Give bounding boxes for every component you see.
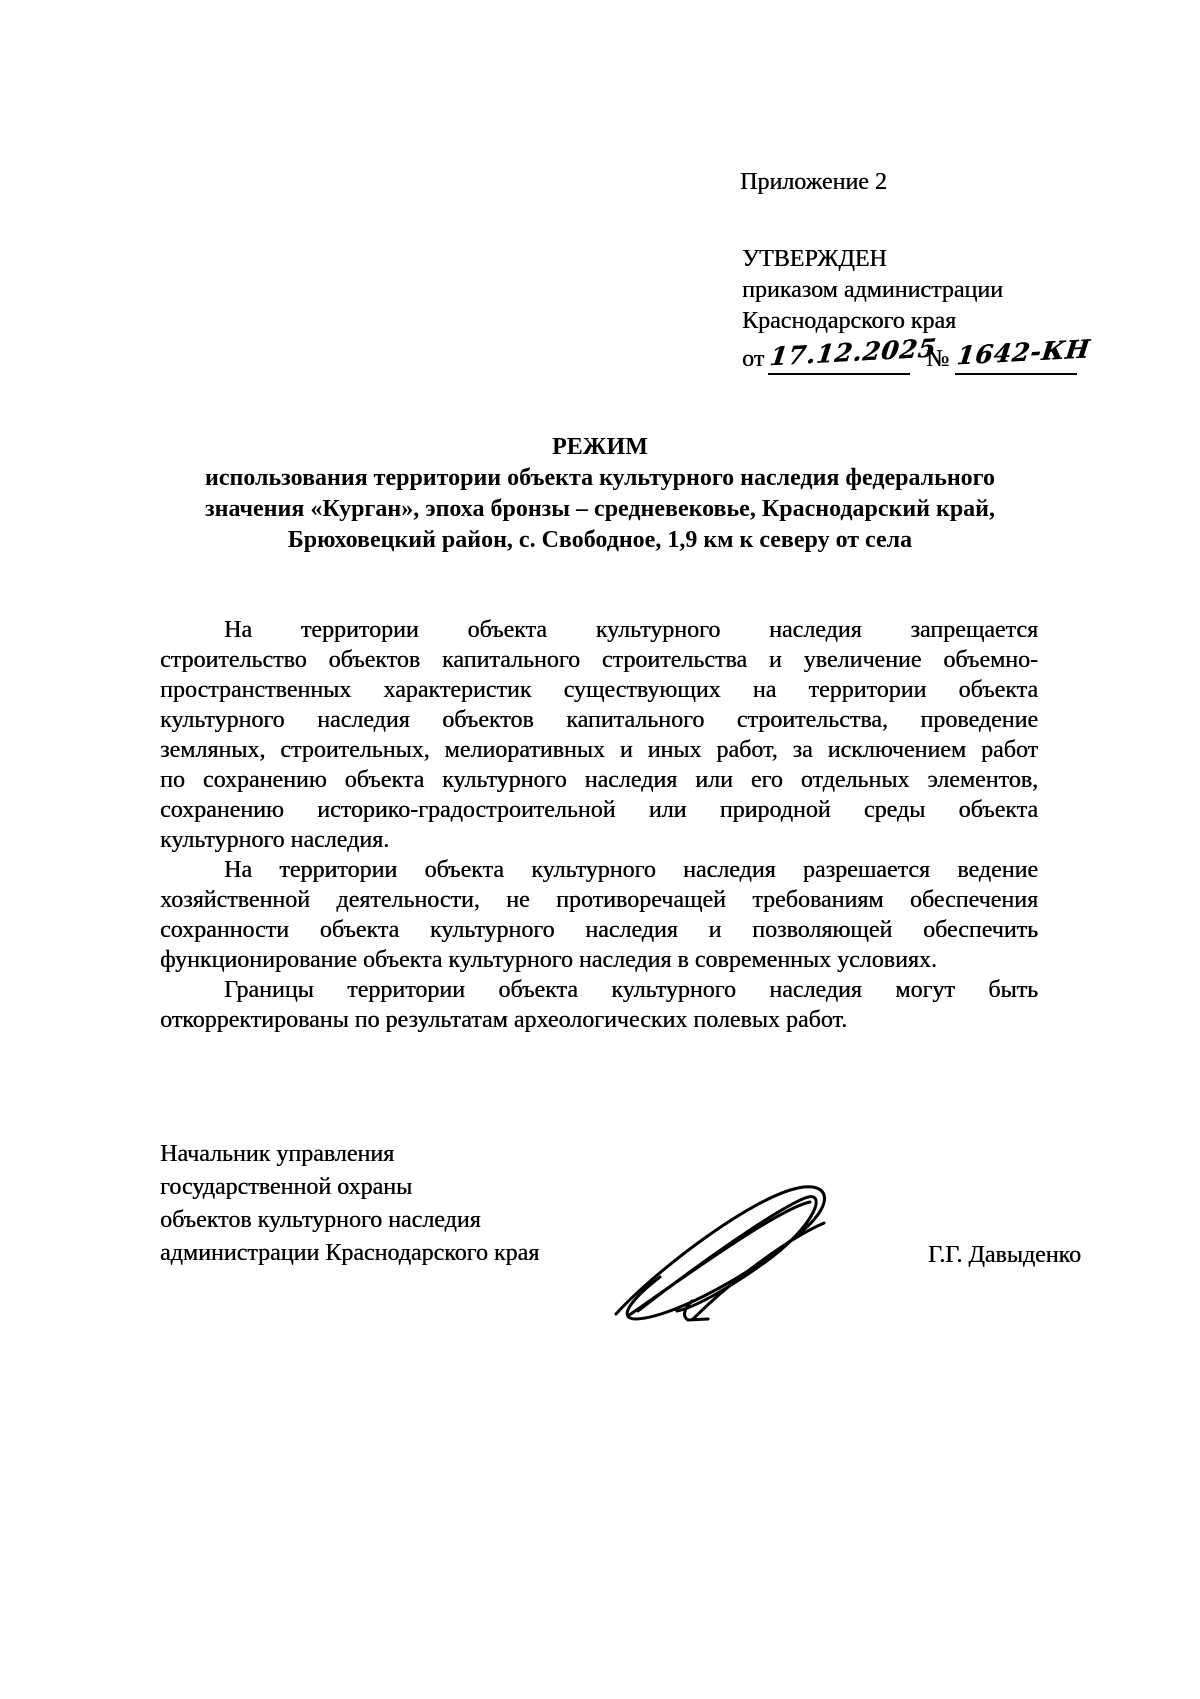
title-line: Брюховецкий район, с. Свободное, 1,9 км … xyxy=(160,525,1040,556)
number-fill-field: 1642-КН xyxy=(955,339,1077,375)
paragraph-3: Границы территории объекта культурного н… xyxy=(160,975,1038,1035)
body-line: хозяйственной деятельности, не противоре… xyxy=(160,885,1038,915)
title-line: использования территории объекта культур… xyxy=(160,463,1040,494)
handwritten-number: 1642-КН xyxy=(955,333,1092,371)
body-text: На территории объекта культурного наслед… xyxy=(160,615,1038,1035)
approved-by-line2: Краснодарского края xyxy=(742,306,1162,337)
paragraph-2: На территории объекта культурного наслед… xyxy=(160,855,1038,975)
body-line: сохранности объекта культурного наследия… xyxy=(160,915,1038,945)
paragraph-1: На территории объекта культурного наслед… xyxy=(160,615,1038,855)
body-line: культурного наследия объектов капитально… xyxy=(160,705,1038,735)
post-line: Начальник управления xyxy=(160,1138,680,1171)
document-page: Приложение 2 УТВЕРЖДЕН приказом админист… xyxy=(0,0,1200,1699)
body-line: культурного наследия. xyxy=(160,825,1038,855)
handwritten-date: 17.12.2025 xyxy=(768,332,938,372)
appendix-label: Приложение 2 xyxy=(740,168,887,196)
signatory-name: Г.Г. Давыденко xyxy=(928,1242,1081,1269)
body-line: функционирование объекта культурного нас… xyxy=(160,945,1038,975)
signature-icon xyxy=(598,1178,890,1326)
approval-block: УТВЕРЖДЕН приказом администрации Краснод… xyxy=(742,244,1162,375)
body-line: пространственных характеристик существую… xyxy=(160,675,1038,705)
date-prefix: от xyxy=(742,344,764,375)
date-fill-field: 17.12.2025 xyxy=(768,339,910,375)
approved-word: УТВЕРЖДЕН xyxy=(742,244,1162,275)
approved-by-line1: приказом администрации xyxy=(742,275,1162,306)
body-line: строительство объектов капитального стро… xyxy=(160,645,1038,675)
title-line: значения «Курган», эпоха бронзы – средне… xyxy=(160,494,1040,525)
body-line: На территории объекта культурного наслед… xyxy=(160,615,1038,645)
body-line: по сохранению объекта культурного наслед… xyxy=(160,765,1038,795)
document-title: РЕЖИМ использования территории объекта к… xyxy=(160,432,1040,556)
body-line: земляных, строительных, мелиоративных и … xyxy=(160,735,1038,765)
title-line: РЕЖИМ xyxy=(160,432,1040,463)
body-line: Границы территории объекта культурного н… xyxy=(160,975,1038,1005)
body-line: сохранению историко-градостроительной ил… xyxy=(160,795,1038,825)
order-date-number-line: от 17.12.2025 № 1642-КН xyxy=(742,339,1162,375)
body-line: откорректированы по результатам археолог… xyxy=(160,1005,1038,1035)
body-line: На территории объекта культурного наслед… xyxy=(160,855,1038,885)
